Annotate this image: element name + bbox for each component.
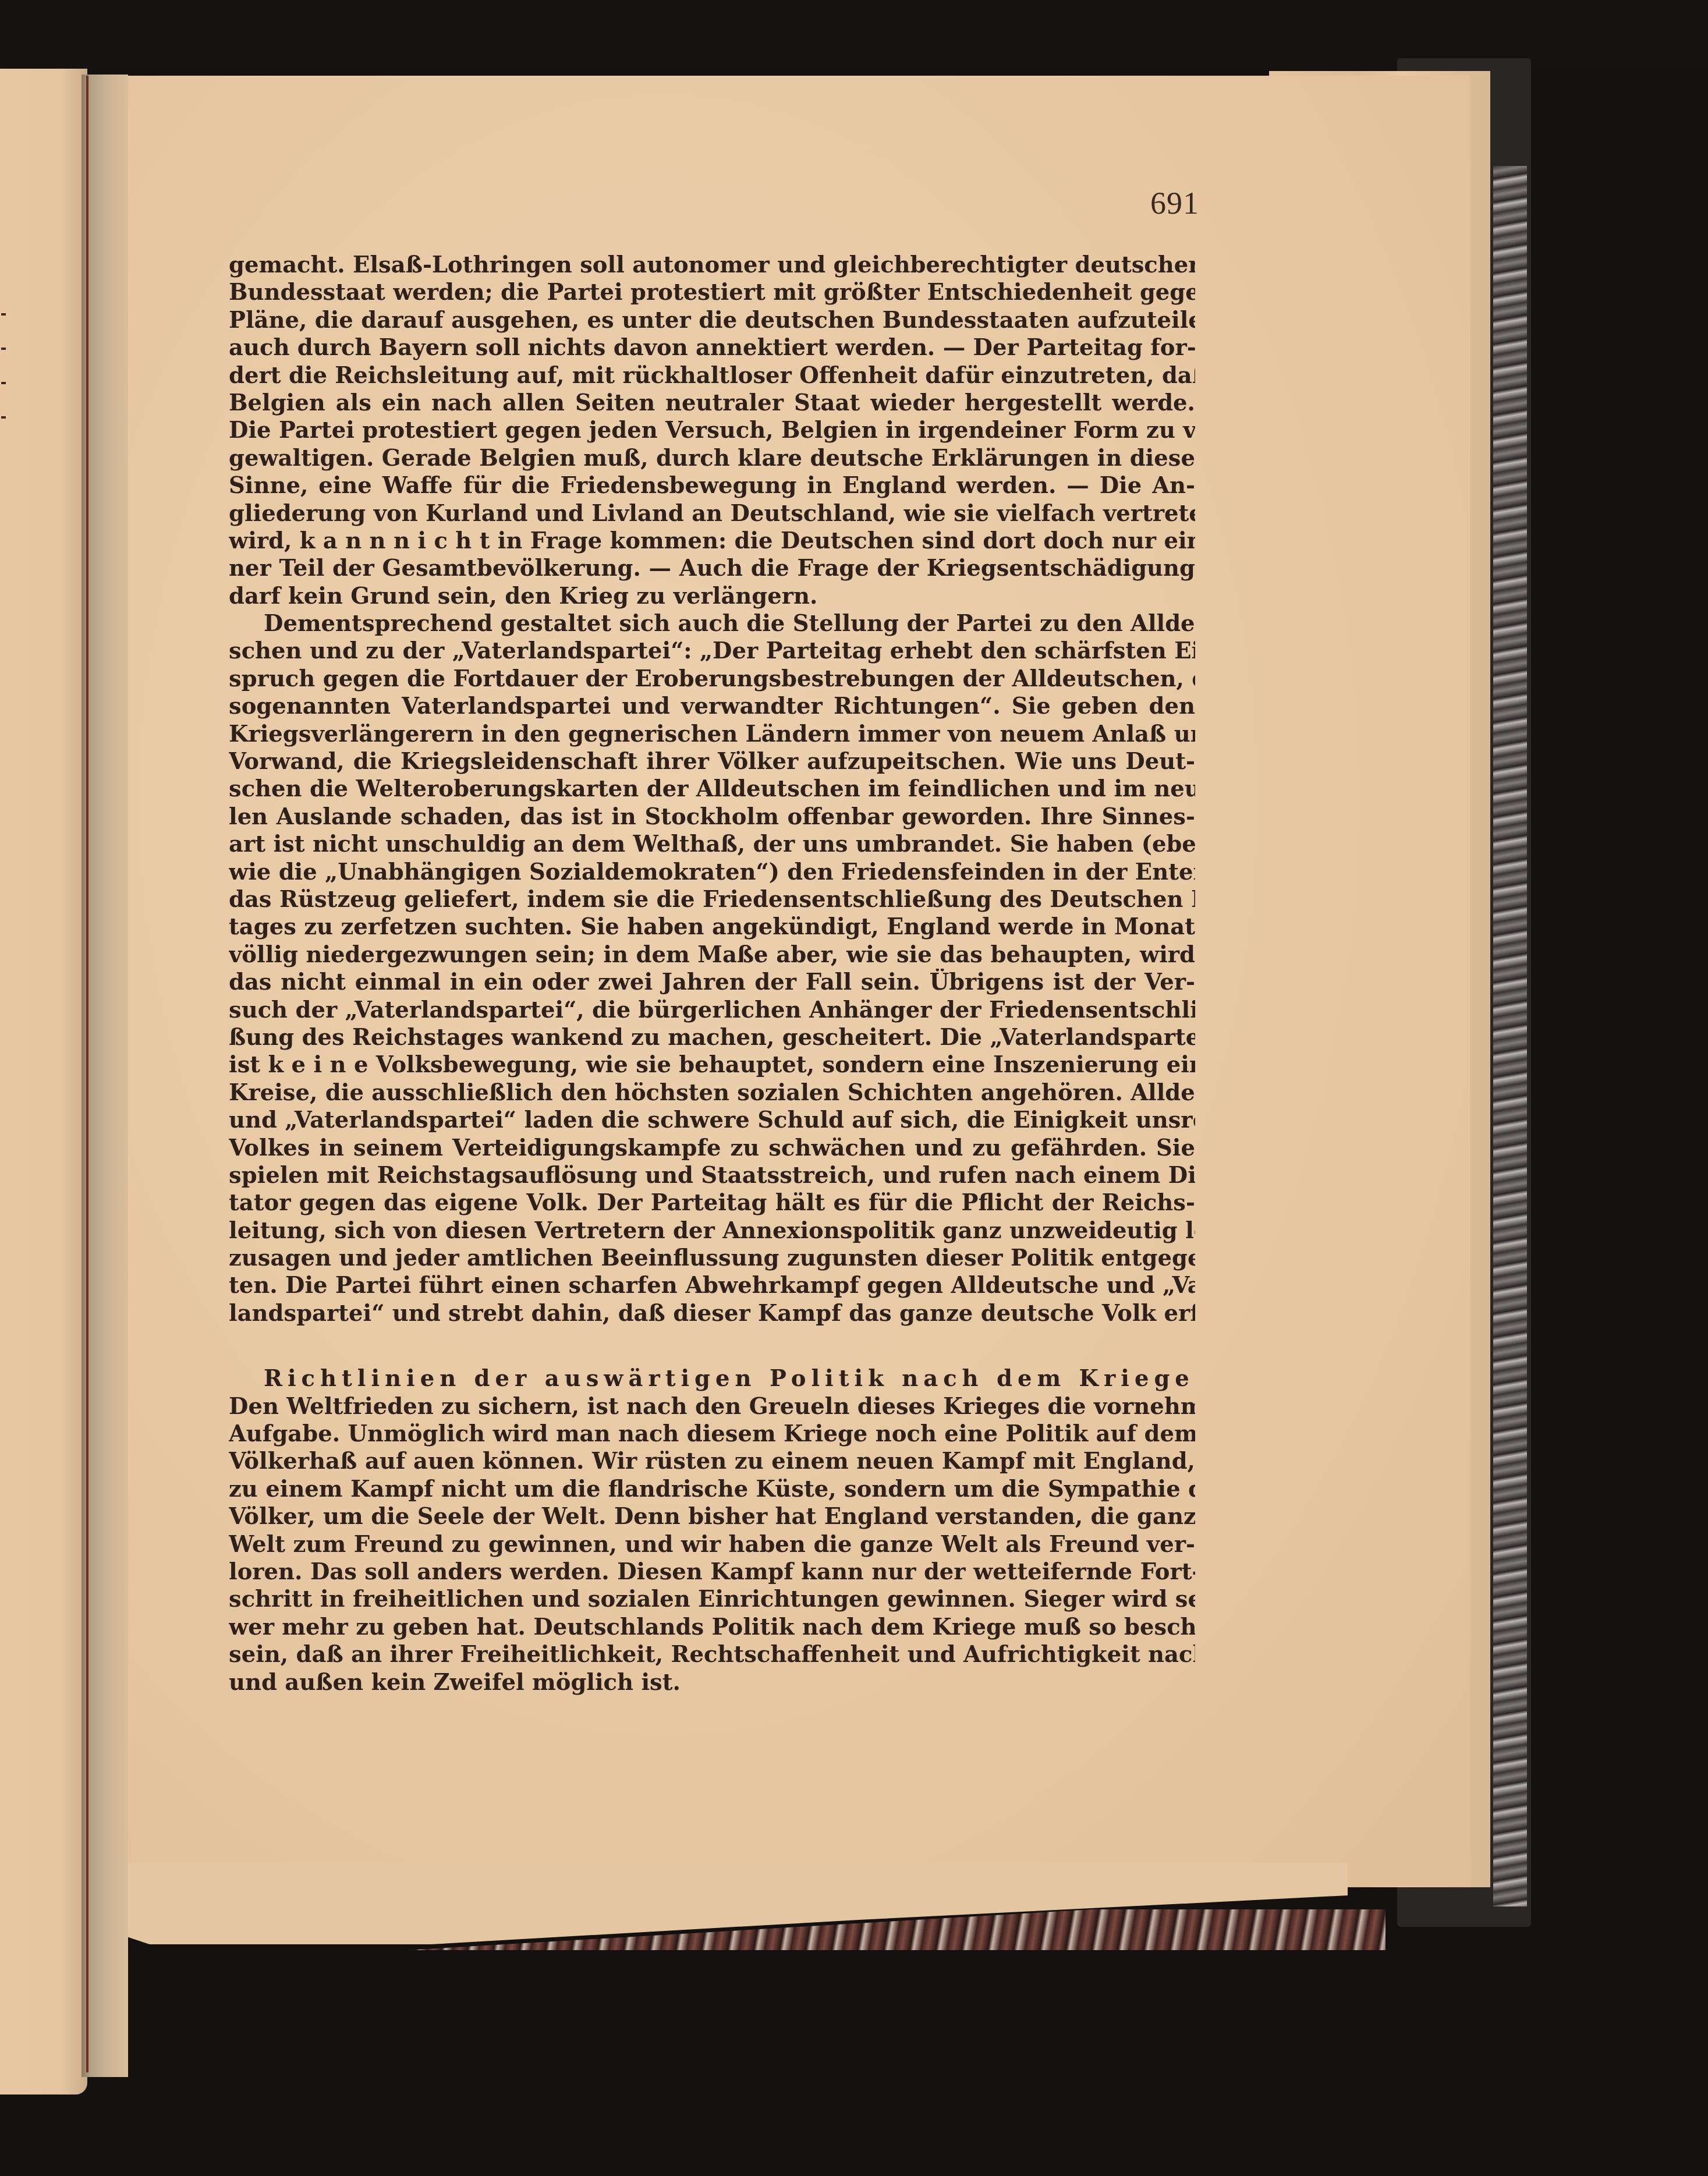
page-number: 691 — [1129, 185, 1199, 221]
text-line: Bundesstaat werden; die Partei protestie… — [229, 279, 1195, 306]
text-line: und „Vaterlandspartei“ laden die schwere… — [229, 1107, 1195, 1134]
text-line: gemacht. Elsaß-Lothringen soll autonomer… — [229, 251, 1195, 279]
text-line: Völker, um die Seele der Welt. Denn bish… — [229, 1503, 1195, 1530]
text-line: ner Teil der Gesamtbevölkerung. — Auch d… — [229, 555, 1195, 582]
text-line: Völkerhaß auf auen können. Wir rüsten zu… — [229, 1448, 1195, 1475]
text-line: leitung, sich von diesen Vertretern der … — [229, 1217, 1195, 1245]
text-line: Kriegsverlängerern in den gegnerischen L… — [229, 721, 1195, 748]
text-line: schritt in freiheitlichen und sozialen E… — [229, 1586, 1195, 1613]
text-line: wer mehr zu geben hat. Deutschlands Poli… — [229, 1614, 1195, 1641]
text-line: sein, daß an ihrer Freiheitlichkeit, Rec… — [229, 1641, 1195, 1668]
text-line: such der „Vaterlandspartei“, die bürgerl… — [229, 997, 1195, 1024]
text-line: dert die Reichsleitung auf, mit rückhalt… — [229, 362, 1195, 389]
text-line: völlig niedergezwungen sein; in dem Maße… — [229, 941, 1195, 969]
text-line: tator gegen das eigene Volk. Der Parteit… — [229, 1189, 1195, 1217]
section-heading: Richtlinien der auswärtigen Politik nach… — [229, 1365, 1195, 1392]
text-line: Volkes in seinem Verteidigungskampfe zu … — [229, 1135, 1195, 1162]
text-line: spielen mit Reichstagsauflösung und Staa… — [229, 1162, 1195, 1189]
text-line: tages zu zerfetzen suchten. Sie haben an… — [229, 913, 1195, 941]
text-line: darf kein Grund sein, den Krieg zu verlä… — [229, 583, 1195, 610]
text-line: loren. Das soll anders werden. Diesen Ka… — [229, 1558, 1195, 1586]
paragraph-gap — [229, 1327, 1195, 1365]
text-line: Pläne, die darauf ausgehen, es unter die… — [229, 307, 1195, 334]
text-line: das Rüstzeug geliefert, indem sie die Fr… — [229, 886, 1195, 913]
text-line: spruch gegen die Fortdauer der Eroberung… — [229, 665, 1195, 693]
text-line: art ist nicht unschuldig an dem Welthaß,… — [229, 831, 1195, 858]
text-line: zu einem Kampf nicht um die flandrische … — [229, 1476, 1195, 1503]
text-line: gewaltigen. Gerade Belgien muß, durch kl… — [229, 445, 1195, 472]
text-line: Die Partei protestiert gegen jeden Versu… — [229, 417, 1195, 444]
text-line: Sinne, eine Waffe für die Friedensbewegu… — [229, 472, 1195, 499]
text-line: Welt zum Freund zu gewinnen, und wir hab… — [229, 1531, 1195, 1558]
text-line: sogenannten Vaterlandspartei und verwand… — [229, 693, 1195, 720]
text-line: auch durch Bayern soll nichts davon anne… — [229, 334, 1195, 362]
text-line: wie die „Unabhängigen Sozialdemokraten“)… — [229, 859, 1195, 886]
gutter — [81, 75, 128, 2077]
text-line: das nicht einmal in ein oder zwei Jahren… — [229, 969, 1195, 996]
text-line: len Auslande schaden, das ist in Stockho… — [229, 803, 1195, 831]
text-line: Dementsprechend gestaltet sich auch die … — [229, 610, 1195, 637]
body-text: gemacht. Elsaß-Lothringen soll autonomer… — [229, 251, 1195, 1696]
binding-thread — [86, 76, 88, 2072]
text-line: gliederung von Kurland und Livland an De… — [229, 500, 1195, 527]
text-line: Kreise, die ausschließlich den höchsten … — [229, 1079, 1195, 1107]
marbled-edge — [1493, 166, 1527, 1906]
text-line: ten. Die Partei führt einen scharfen Abw… — [229, 1272, 1195, 1299]
text-line: und außen kein Zweifel möglich ist. — [229, 1669, 1195, 1696]
text-line: wird, k a n n n i c h t in Frage kommen:… — [229, 527, 1195, 555]
text-line: schen die Welteroberungskarten der Allde… — [229, 775, 1195, 803]
text-line: Belgien als ein nach allen Seiten neutra… — [229, 389, 1195, 417]
text-line: ist k e i n e Volksbewegung, wie sie beh… — [229, 1051, 1195, 1079]
text-line: Den Weltfrieden zu sichern, ist nach den… — [229, 1393, 1195, 1420]
text-line: schen und zu der „Vaterlandspartei“: „De… — [229, 637, 1195, 665]
text-line: Vorwand, die Kriegsleidenschaft ihrer Vö… — [229, 748, 1195, 775]
text-line: landspartei“ und strebt dahin, daß diese… — [229, 1300, 1195, 1327]
text-line: zusagen und jeder amtlichen Beeinflussun… — [229, 1245, 1195, 1272]
left-page-text-fragments — [1, 313, 7, 451]
text-line: ßung des Reichstages wankend zu machen, … — [229, 1024, 1195, 1051]
text-line: Aufgabe. Unmöglich wird man nach diesem … — [229, 1420, 1195, 1448]
left-page — [0, 69, 87, 2095]
